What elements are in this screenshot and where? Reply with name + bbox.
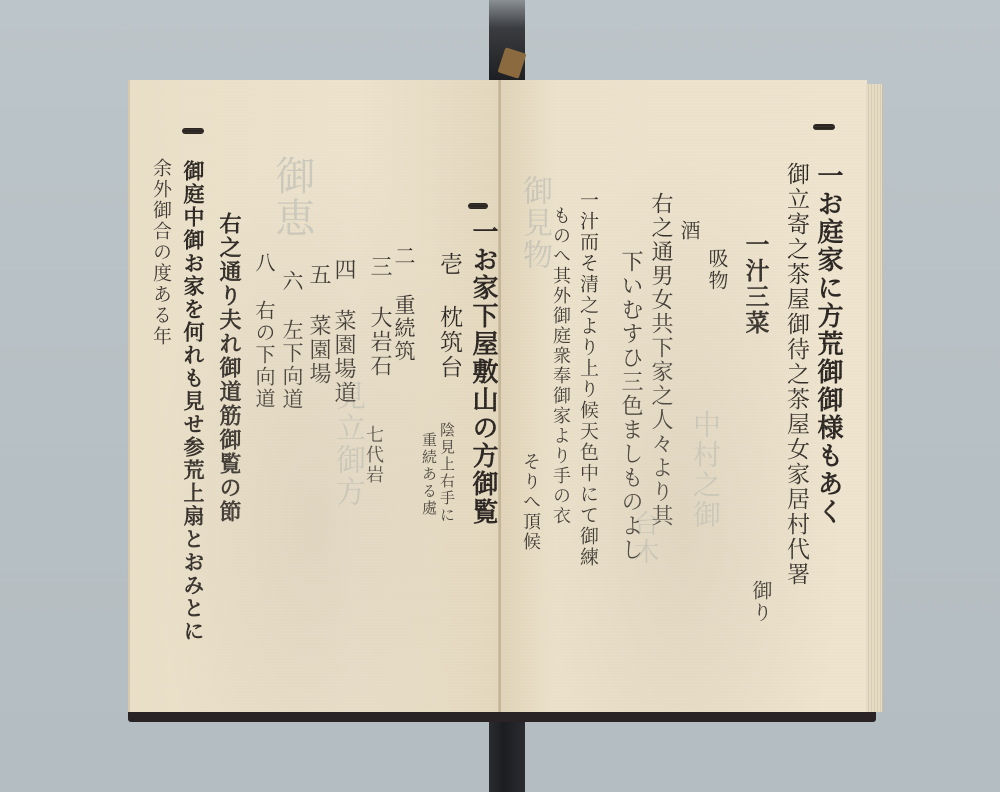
text-column: 一お家下屋敷山の方御覧: [470, 218, 496, 526]
text-column: 四 菜園場道: [332, 258, 354, 405]
text-column: 八 右の下向道: [254, 252, 274, 410]
text-column: 一お庭家に方荒御御様もあく: [815, 162, 841, 526]
text-column: 下いむすひ三色ましものよし: [619, 250, 641, 562]
text-column: ものへ其外御庭衆奉御家より手の衣: [551, 206, 569, 526]
text-column: 壱 枕筑台: [437, 252, 460, 380]
text-column: 御立寄之茶屋御待之茶屋女家居村代署: [784, 162, 807, 587]
right-page: 御見物 中村之御 台木 一お庭家に方荒御御様もあく 御立寄之茶屋御待之茶屋女家居…: [501, 80, 867, 712]
text-column-note: 御り: [751, 580, 771, 624]
text-column: 六 左下向道: [281, 270, 302, 411]
left-page: 御恵 見立御方 一お家下屋敷山の方御覧 壱 枕筑台 陰見上右手に 重続ある處 二…: [128, 80, 502, 712]
text-column: 一汁三菜: [743, 232, 767, 336]
text-column: 余外御合の度ある年: [151, 158, 170, 347]
item-mark-ichi: [813, 124, 835, 130]
bleed-through-text: 御見物: [519, 175, 549, 271]
text-column: 御庭中御お家を何れも見せ参荒上扇とおみとに: [183, 160, 204, 643]
text-column: 三 大岩石: [368, 255, 390, 378]
text-column-note: 陰見上右手に: [439, 422, 454, 524]
text-column: 五 菜園場: [307, 263, 329, 386]
text-column: 吸物: [707, 248, 727, 292]
bleed-through-text: 御恵: [272, 155, 312, 239]
text-column: 一汁而そ清之より上り候天色中にて御練: [578, 190, 597, 568]
item-mark-ichi: [182, 128, 204, 134]
text-column-note: 七代岩: [364, 425, 382, 485]
text-column: 右之通り夫れ御道筋御覧の節: [218, 212, 240, 524]
page-edges-stack: [866, 84, 883, 712]
text-column: 右之通男女共下家之人々より其: [649, 192, 671, 528]
text-column-note: 重続ある處: [421, 432, 436, 517]
item-mark-ichi: [468, 203, 488, 209]
bleed-through-text: 中村之御: [691, 410, 719, 530]
text-column: そりへ頂候: [521, 452, 539, 552]
text-column: 酒: [679, 220, 699, 242]
text-column: 二 重続筑: [393, 245, 414, 363]
